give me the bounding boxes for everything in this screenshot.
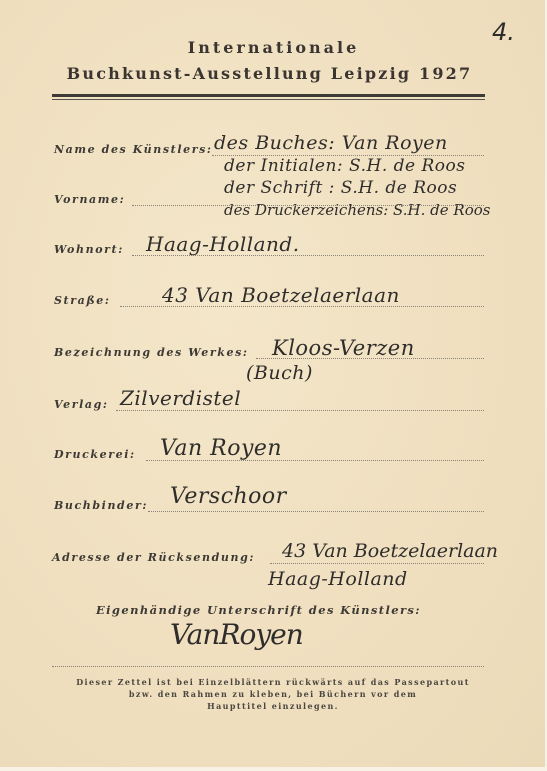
label-strasse: Straße: [54,294,111,307]
label-verlag: Verlag: [54,398,109,411]
label-wohnort: Wohnort: [54,243,124,256]
footer-note-line2: bzw. den Rahmen zu kleben, bei Büchern v… [40,688,506,700]
value-name-line1: des Buches: Van Royen [214,132,448,154]
label-vorname: Vorname: [54,193,125,206]
value-buchbinder: Verschoor [170,484,287,509]
value-name-line4: des Druckerzeichens: S.H. de Roos [224,201,490,219]
value-signature: VanRoyen [170,618,303,651]
label-unterschrift: Eigenhändige Unterschrift des Künstlers: [96,603,421,617]
label-bezeichnung-des-werkes: Bezeichnung des Werkes: [54,346,249,359]
value-adresse-line1: 43 Van Boetzelaerlaan [282,540,498,562]
value-wohnort: Haag-Holland. [146,232,300,256]
field-line-buchbinder [148,511,484,512]
header-title-line1: Internationale [0,38,547,57]
label-druckerei: Druckerei: [54,448,136,461]
header-rule-thick [52,94,485,97]
value-strasse: 43 Van Boetzelaerlaan [162,283,400,307]
signature-line [52,666,484,667]
label-buchbinder: Buchbinder: [54,499,148,512]
label-name-des-kuenstlers: Name des Künstlers: [54,143,213,156]
value-druckerei: Van Royen [160,436,282,461]
document-page: 4. Internationale Buchkunst-Ausstellung … [0,0,545,767]
field-line-verlag [116,410,484,411]
field-line-adresse [270,563,484,564]
header-rule-thin [52,99,485,100]
field-line-vorname [132,205,484,206]
value-name-line3: der Schrift : S.H. de Roos [224,178,457,198]
footer-note-line3: Haupttitel einzulegen. [40,700,506,712]
value-bezeichnung: Kloos-Verzen [272,336,415,360]
footer-note: Dieser Zettel ist bei Einzelblättern rüc… [40,676,506,712]
paper-edge-bottom [0,767,547,771]
value-bezeichnung-note: (Buch) [246,362,313,384]
value-adresse-line2: Haag-Holland [268,568,408,590]
footer-note-line1: Dieser Zettel ist bei Einzelblättern rüc… [40,676,506,688]
label-adresse-der-ruecksendung: Adresse der Rücksendung: [52,551,255,564]
value-name-line2: der Initialen: S.H. de Roos [224,156,465,176]
value-verlag: Zilverdistel [120,386,241,410]
header-title-line2: Buchkunst-Ausstellung Leipzig 1927 [52,64,487,83]
